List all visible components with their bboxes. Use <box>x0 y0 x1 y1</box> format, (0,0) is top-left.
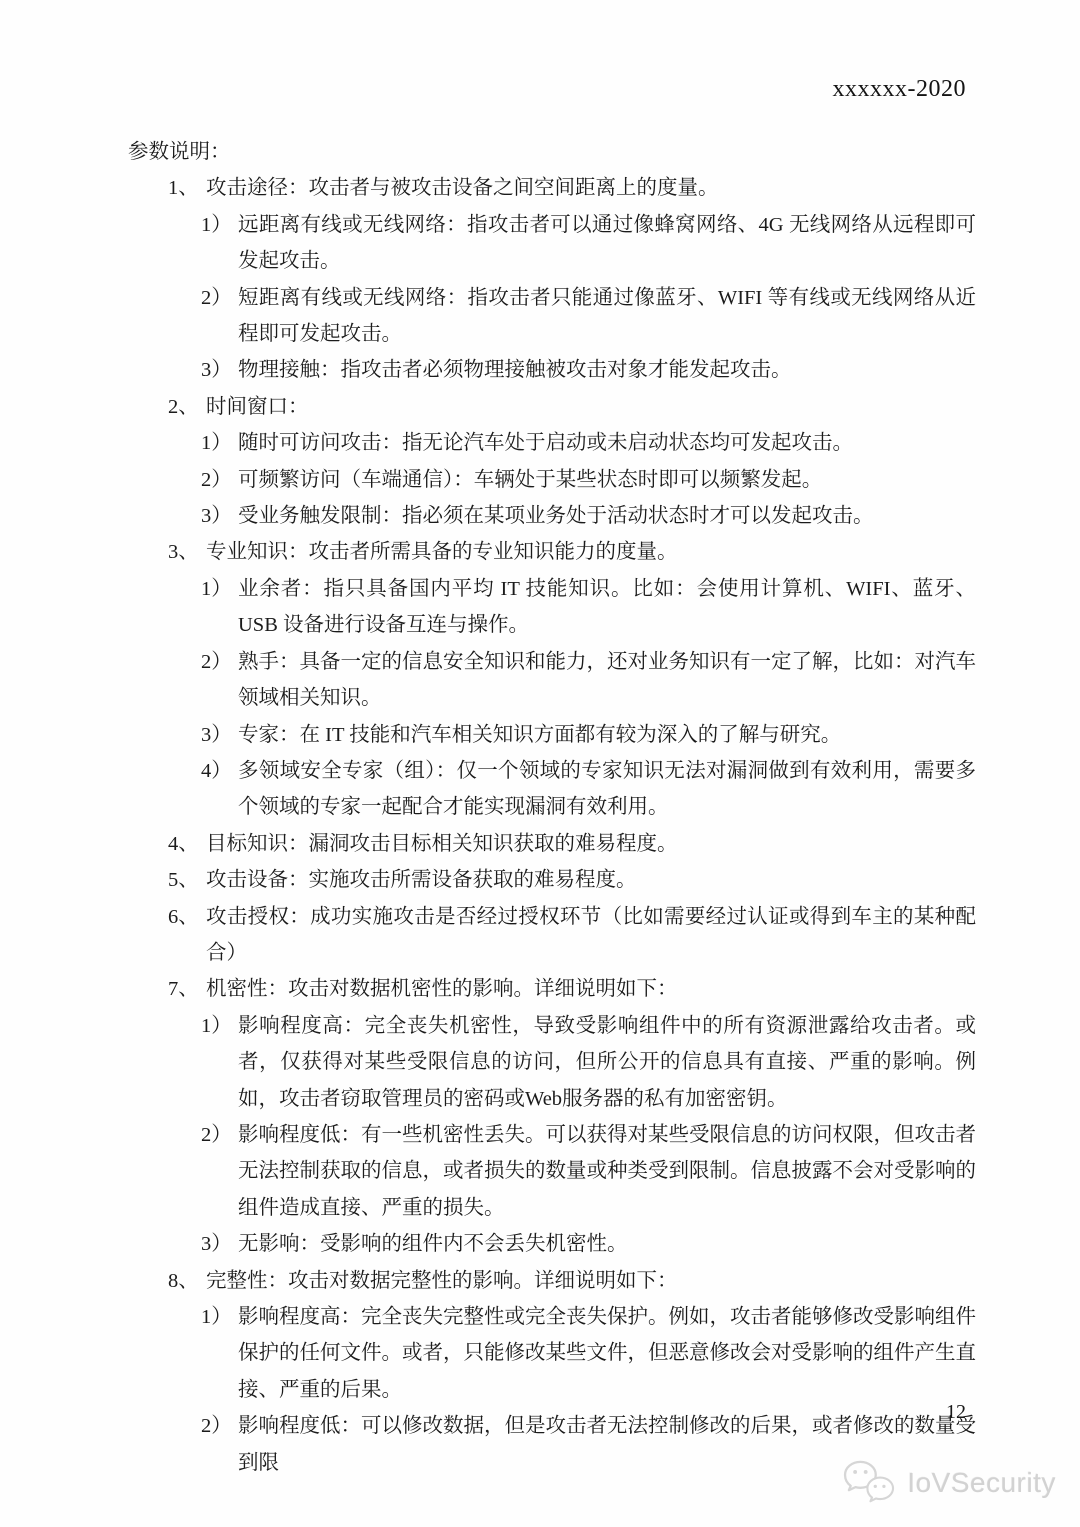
wechat-logo-icon <box>841 1459 899 1507</box>
document-number: xxxxxx-2020 <box>833 76 967 102</box>
sub-list-item: 3） 受业务触发限制：指必须在某项业务处于活动状态时才可以发起攻击。 <box>201 498 976 534</box>
item-text: 攻击设备：实施攻击所需设备获取的难易程度。 <box>206 862 976 898</box>
item-number: 4、 <box>168 826 206 862</box>
sub-list-item: 4） 多领域安全专家（组）：仅一个领域的专家知识无法对漏洞做到有效利用，需要多个… <box>201 753 976 826</box>
sub-item-text: 多领域安全专家（组）：仅一个领域的专家知识无法对漏洞做到有效利用，需要多个领域的… <box>238 753 976 826</box>
document-header: xxxxxx-2020 <box>833 76 967 103</box>
sub-list-item: 1） 影响程度高：完全丧失机密性，导致受影响组件中的所有资源泄露给攻击者。或者，… <box>201 1008 976 1117</box>
sub-list-item: 1） 远距离有线或无线网络：指攻击者可以通过像蜂窝网络、4G 无线网络从远程即可… <box>201 207 976 280</box>
sub-list-item: 2） 可频繁访问（车端通信）：车辆处于某些状态时即可以频繁发起。 <box>201 462 976 498</box>
sub-item-number: 1） <box>201 571 238 644</box>
sub-item-number: 1） <box>201 425 238 461</box>
sub-item-text: 随时可访问攻击：指无论汽车处于启动或未启动状态均可发起攻击。 <box>238 425 976 461</box>
sub-list-item: 1） 影响程度高：完全丧失完整性或完全丧失保护。例如，攻击者能够修改受影响组件保… <box>201 1299 976 1408</box>
sub-item-text: 远距离有线或无线网络：指攻击者可以通过像蜂窝网络、4G 无线网络从远程即可发起攻… <box>238 207 976 280</box>
item-number: 8、 <box>168 1263 206 1299</box>
item-number: 2、 <box>168 389 206 425</box>
sub-item-number: 3） <box>201 352 238 388</box>
page-number: 12 <box>946 1401 966 1424</box>
list-item: 6、 攻击授权：成功实施攻击是否经过授权环节（比如需要经过认证或得到车主的某种配… <box>168 899 976 972</box>
section-intro: 参数说明： <box>128 134 976 170</box>
sub-item-number: 2） <box>201 1117 238 1226</box>
sub-item-number: 2） <box>201 644 238 717</box>
sub-item-text: 业余者：指只具备国内平均 IT 技能知识。比如：会使用计算机、WIFI、蓝牙、U… <box>238 571 976 644</box>
sub-list-item: 3） 专家：在 IT 技能和汽车相关知识方面都有较为深入的了解与研究。 <box>201 717 976 753</box>
item-text: 机密性：攻击对数据机密性的影响。详细说明如下： <box>206 971 976 1007</box>
item-text: 时间窗口： <box>206 389 976 425</box>
list-item: 7、 机密性：攻击对数据机密性的影响。详细说明如下： <box>168 971 976 1007</box>
sub-item-text: 可频繁访问（车端通信）：车辆处于某些状态时即可以频繁发起。 <box>238 462 976 498</box>
list-item: 2、 时间窗口： <box>168 389 976 425</box>
item-text: 完整性：攻击对数据完整性的影响。详细说明如下： <box>206 1263 976 1299</box>
sub-item-text: 短距离有线或无线网络：指攻击者只能通过像蓝牙、WIFI 等有线或无线网络从近程即… <box>238 280 976 353</box>
sub-list-item: 1） 业余者：指只具备国内平均 IT 技能知识。比如：会使用计算机、WIFI、蓝… <box>201 571 976 644</box>
item-number: 1、 <box>168 170 206 206</box>
list-item: 5、 攻击设备：实施攻击所需设备获取的难易程度。 <box>168 862 976 898</box>
item-number: 7、 <box>168 971 206 1007</box>
sub-list-item: 3） 无影响：受影响的组件内不会丢失机密性。 <box>201 1226 976 1262</box>
sub-item-text: 物理接触：指攻击者必须物理接触被攻击对象才能发起攻击。 <box>238 352 976 388</box>
list-item: 1、 攻击途径：攻击者与被攻击设备之间空间距离上的度量。 <box>168 170 976 206</box>
sub-item-number: 1） <box>201 1299 238 1408</box>
watermark: IoVSecurity <box>841 1459 1056 1507</box>
sub-item-text: 专家：在 IT 技能和汽车相关知识方面都有较为深入的了解与研究。 <box>238 717 976 753</box>
sub-item-number: 3） <box>201 717 238 753</box>
sub-item-text: 影响程度高：完全丧失完整性或完全丧失保护。例如，攻击者能够修改受影响组件保护的任… <box>238 1299 976 1408</box>
list-item: 3、 专业知识：攻击者所需具备的专业知识能力的度量。 <box>168 534 976 570</box>
sub-item-number: 2） <box>201 280 238 353</box>
sub-item-text: 影响程度高：完全丧失机密性，导致受影响组件中的所有资源泄露给攻击者。或者，仅获得… <box>238 1008 976 1117</box>
sub-item-number: 1） <box>201 207 238 280</box>
sub-list-item: 2） 短距离有线或无线网络：指攻击者只能通过像蓝牙、WIFI 等有线或无线网络从… <box>201 280 976 353</box>
sub-list-item: 3） 物理接触：指攻击者必须物理接触被攻击对象才能发起攻击。 <box>201 352 976 388</box>
item-text: 攻击授权：成功实施攻击是否经过授权环节（比如需要经过认证或得到车主的某种配合） <box>206 899 976 972</box>
item-text: 目标知识：漏洞攻击目标相关知识获取的难易程度。 <box>206 826 976 862</box>
item-number: 6、 <box>168 899 206 972</box>
list-item: 8、 完整性：攻击对数据完整性的影响。详细说明如下： <box>168 1263 976 1299</box>
sub-item-number: 3） <box>201 1226 238 1262</box>
sub-item-text: 受业务触发限制：指必须在某项业务处于活动状态时才可以发起攻击。 <box>238 498 976 534</box>
sub-item-number: 2） <box>201 1408 238 1481</box>
item-text: 专业知识：攻击者所需具备的专业知识能力的度量。 <box>206 534 976 570</box>
sub-list-item: 2） 影响程度低：有一些机密性丢失。可以获得对某些受限信息的访问权限，但攻击者无… <box>201 1117 976 1226</box>
item-text: 攻击途径：攻击者与被攻击设备之间空间距离上的度量。 <box>206 170 976 206</box>
sub-item-number: 4） <box>201 753 238 826</box>
document-page: xxxxxx-2020 参数说明： 1、 攻击途径：攻击者与被攻击设备之间空间距… <box>0 0 1080 1527</box>
sub-item-number: 3） <box>201 498 238 534</box>
watermark-text: IoVSecurity <box>907 1467 1056 1499</box>
document-body: 参数说明： 1、 攻击途径：攻击者与被攻击设备之间空间距离上的度量。 1） 远距… <box>128 134 976 1481</box>
item-number: 3、 <box>168 534 206 570</box>
sub-list-item: 2） 熟手：具备一定的信息安全知识和能力，还对业务知识有一定了解，比如：对汽车领… <box>201 644 976 717</box>
sub-item-number: 2） <box>201 462 238 498</box>
sub-list-item: 1） 随时可访问攻击：指无论汽车处于启动或未启动状态均可发起攻击。 <box>201 425 976 461</box>
parameter-list: 1、 攻击途径：攻击者与被攻击设备之间空间距离上的度量。 1） 远距离有线或无线… <box>128 170 976 1481</box>
sub-item-text: 无影响：受影响的组件内不会丢失机密性。 <box>238 1226 976 1262</box>
sub-item-number: 1） <box>201 1008 238 1117</box>
list-item: 4、 目标知识：漏洞攻击目标相关知识获取的难易程度。 <box>168 826 976 862</box>
sub-item-text: 熟手：具备一定的信息安全知识和能力，还对业务知识有一定了解，比如：对汽车领域相关… <box>238 644 976 717</box>
sub-item-text: 影响程度低：有一些机密性丢失。可以获得对某些受限信息的访问权限，但攻击者无法控制… <box>238 1117 976 1226</box>
item-number: 5、 <box>168 862 206 898</box>
